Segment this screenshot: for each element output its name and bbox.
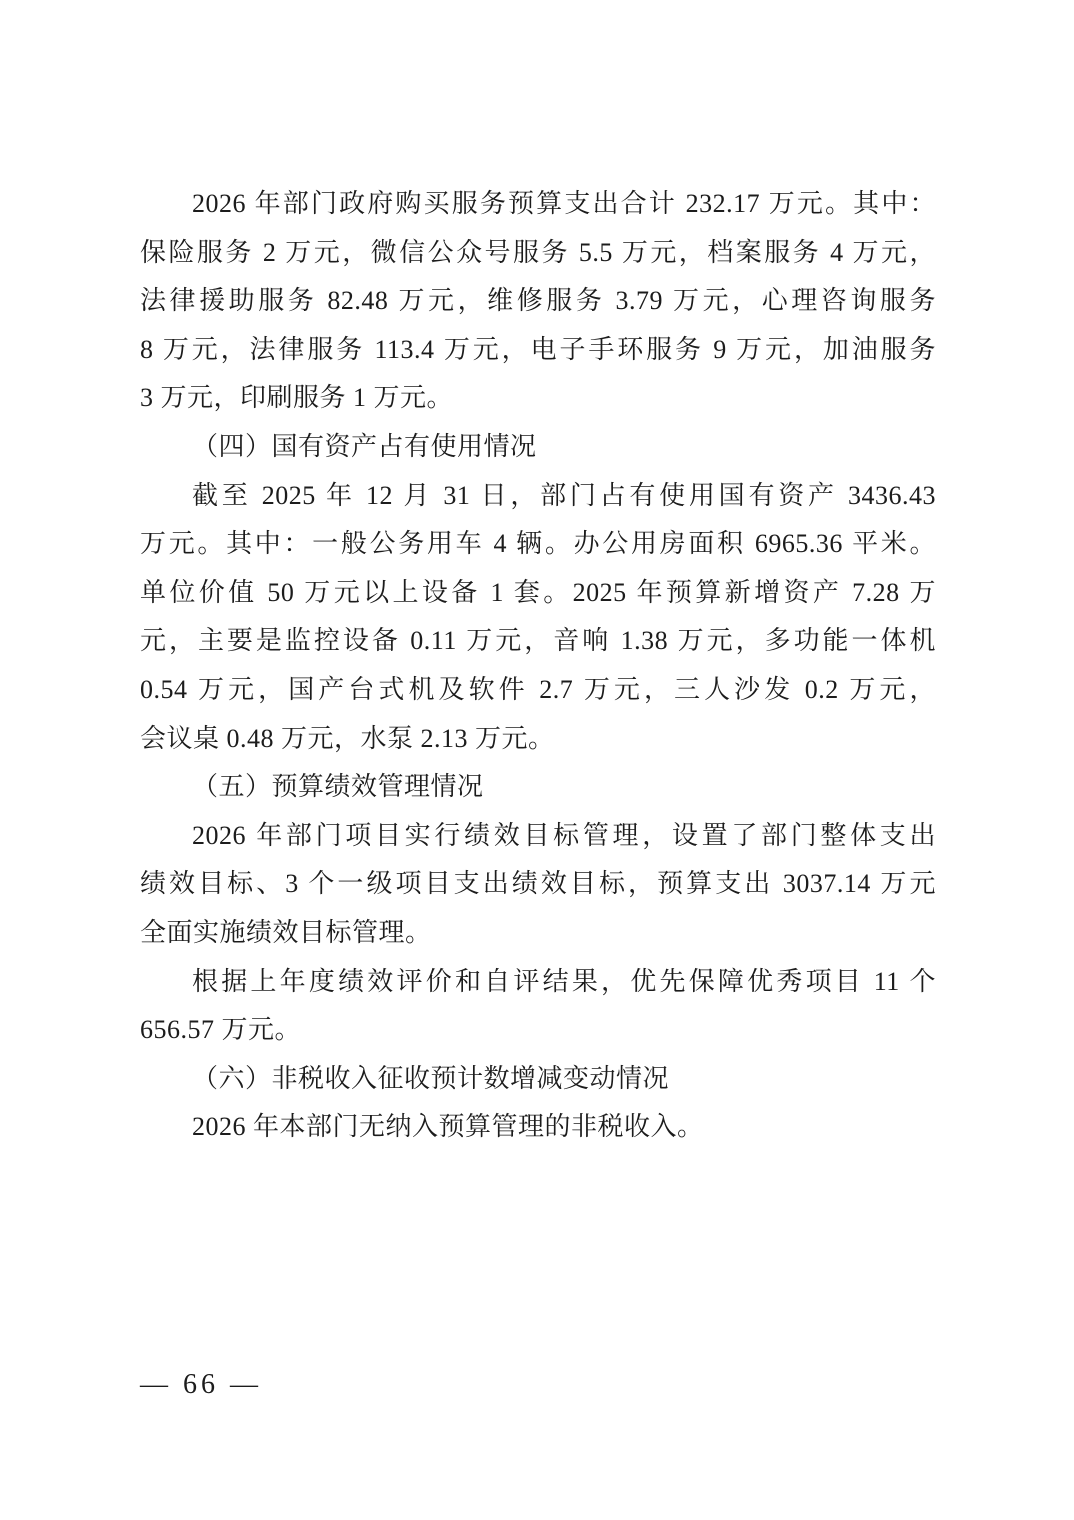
paragraph-line: 3 万元，印刷服务 1 万元。: [140, 374, 936, 423]
paragraph-line: 保险服务 2 万元，微信公众号服务 5.5 万元，档案服务 4 万元，: [140, 229, 936, 278]
section-heading: （四）国有资产占有使用情况: [140, 423, 936, 472]
document-body: 2026 年部门政府购买服务预算支出合计 232.17 万元。其中：保险服务 2…: [140, 180, 936, 1152]
paragraph-line: 2026 年本部门无纳入预算管理的非税收入。: [140, 1103, 936, 1152]
section-heading: （五）预算绩效管理情况: [140, 763, 936, 812]
paragraph-line: 0.54 万元，国产台式机及软件 2.7 万元，三人沙发 0.2 万元，: [140, 666, 936, 715]
paragraph-line: 会议桌 0.48 万元，水泵 2.13 万元。: [140, 715, 936, 764]
section-heading: （六）非税收入征收预计数增减变动情况: [140, 1055, 936, 1104]
page-number: — 66 —: [140, 1370, 262, 1400]
paragraph-line: 单位价值 50 万元以上设备 1 套。2025 年预算新增资产 7.28 万: [140, 569, 936, 618]
paragraph-line: 根据上年度绩效评价和自评结果，优先保障优秀项目 11 个: [140, 958, 936, 1007]
document-page: 2026 年部门政府购买服务预算支出合计 232.17 万元。其中：保险服务 2…: [0, 0, 1074, 1520]
paragraph-line: 2026 年部门项目实行绩效目标管理，设置了部门整体支出: [140, 812, 936, 861]
paragraph-line: 绩效目标、3 个一级项目支出绩效目标，预算支出 3037.14 万元: [140, 860, 936, 909]
paragraph-line: 元，主要是监控设备 0.11 万元，音响 1.38 万元，多功能一体机: [140, 617, 936, 666]
paragraph-line: 截至 2025 年 12 月 31 日，部门占有使用国有资产 3436.43: [140, 472, 936, 521]
paragraph-line: 656.57 万元。: [140, 1006, 936, 1055]
paragraph-line: 8 万元，法律服务 113.4 万元，电子手环服务 9 万元，加油服务: [140, 326, 936, 375]
paragraph-line: 2026 年部门政府购买服务预算支出合计 232.17 万元。其中：: [140, 180, 936, 229]
paragraph-line: 法律援助服务 82.48 万元，维修服务 3.79 万元，心理咨询服务: [140, 277, 936, 326]
paragraph-line: 全面实施绩效目标管理。: [140, 909, 936, 958]
paragraph-line: 万元。其中：一般公务用车 4 辆。办公用房面积 6965.36 平米。: [140, 520, 936, 569]
